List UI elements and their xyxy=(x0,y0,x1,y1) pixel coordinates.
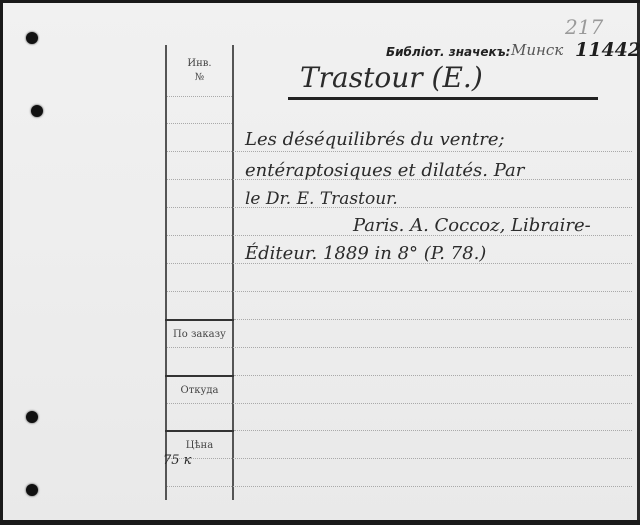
inv-number-sign: № xyxy=(167,72,232,83)
punch-hole-3 xyxy=(26,411,38,423)
library-mark-place: Минск xyxy=(511,41,563,59)
section-divider-source xyxy=(165,375,234,377)
section-divider-price xyxy=(165,430,234,432)
price-value: 75 к xyxy=(163,453,191,468)
section-divider-order xyxy=(165,319,234,321)
punch-hole-1 xyxy=(26,32,38,44)
source-label: Откуда xyxy=(167,385,232,396)
author-heading: Trastour (E.) xyxy=(300,61,483,94)
imprint-line-1: Paris. A. Coccoz, Libraire- xyxy=(353,215,591,236)
imprint-line-2: Éditeur. 1889 in 8° (P. 78.) xyxy=(245,243,486,264)
title-line-3: le Dr. E. Trastour. xyxy=(245,189,398,209)
punch-hole-4 xyxy=(26,484,38,496)
library-mark-number: 11442 xyxy=(575,39,640,61)
pencil-shelf-number: 217 xyxy=(565,15,603,39)
catalog-card: Инв. № По заказу Откуда Цѣна 75 к 217 Би… xyxy=(3,3,640,520)
author-underline xyxy=(288,97,598,100)
title-line-1: Les déséquilibrés du ventre; xyxy=(245,129,505,150)
price-label: Цѣна xyxy=(167,440,232,451)
punch-hole-2 xyxy=(31,105,43,117)
library-mark-label: Библіот. значекъ: xyxy=(386,45,510,59)
inv-label: Инв. xyxy=(167,58,232,69)
order-label: По заказу xyxy=(167,329,232,340)
title-line-2: entéraptosiques et dilatés. Par xyxy=(245,160,524,181)
